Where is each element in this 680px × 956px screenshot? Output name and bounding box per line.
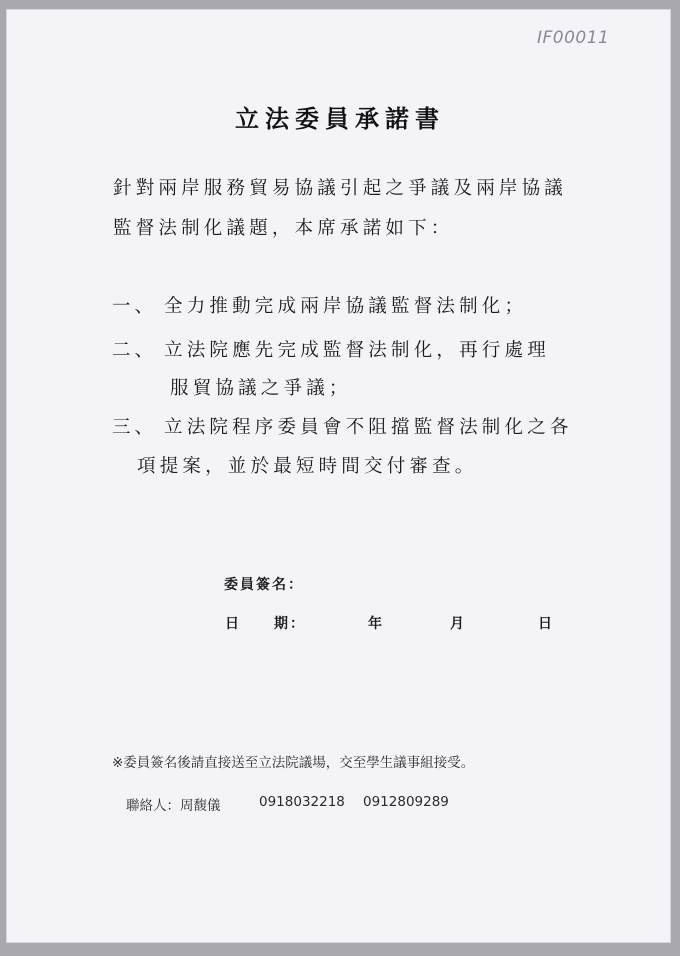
item-3-text-line-1: 立法院程序委員會不阻擋監督法制化之各: [164, 413, 573, 439]
contact-person: 聯絡人：周馥儀: [126, 794, 221, 814]
date-label-2: 期：: [274, 613, 306, 633]
date-label-1: 日: [225, 613, 241, 633]
item-3-text-line-2: 項提案，並於最短時間交付審查。: [137, 452, 478, 478]
document-id: IF00011: [537, 28, 609, 48]
item-2-text-line-2: 服貿協議之爭議；: [170, 374, 352, 400]
item-2-text-line-1: 立法院應先完成監督法制化，再行處理: [164, 336, 550, 362]
month-label: 月: [450, 613, 466, 633]
item-3-number: 三、: [112, 413, 157, 439]
item-1-text: 全力推動完成兩岸協議監督法制化；: [164, 292, 527, 318]
intro-line-2: 監督法制化議題，本席承諾如下：: [113, 214, 454, 240]
contact-phone-2: 0912809289: [363, 794, 449, 810]
document-title: 立法委員承諾書: [0, 99, 680, 134]
item-2-number: 二、: [112, 336, 157, 362]
day-label: 日: [538, 613, 554, 633]
signature-label: 委員簽名：: [224, 574, 304, 594]
contact-phone-1: 0918032218: [259, 794, 345, 810]
item-1-number: 一、: [112, 292, 157, 318]
intro-line-1: 針對兩岸服務貿易協議引起之爭議及兩岸協議: [113, 174, 567, 200]
submission-note: ※委員簽名後請直接送至立法院議場，交至學生議事組接受。: [112, 751, 474, 771]
year-label: 年: [368, 613, 384, 633]
